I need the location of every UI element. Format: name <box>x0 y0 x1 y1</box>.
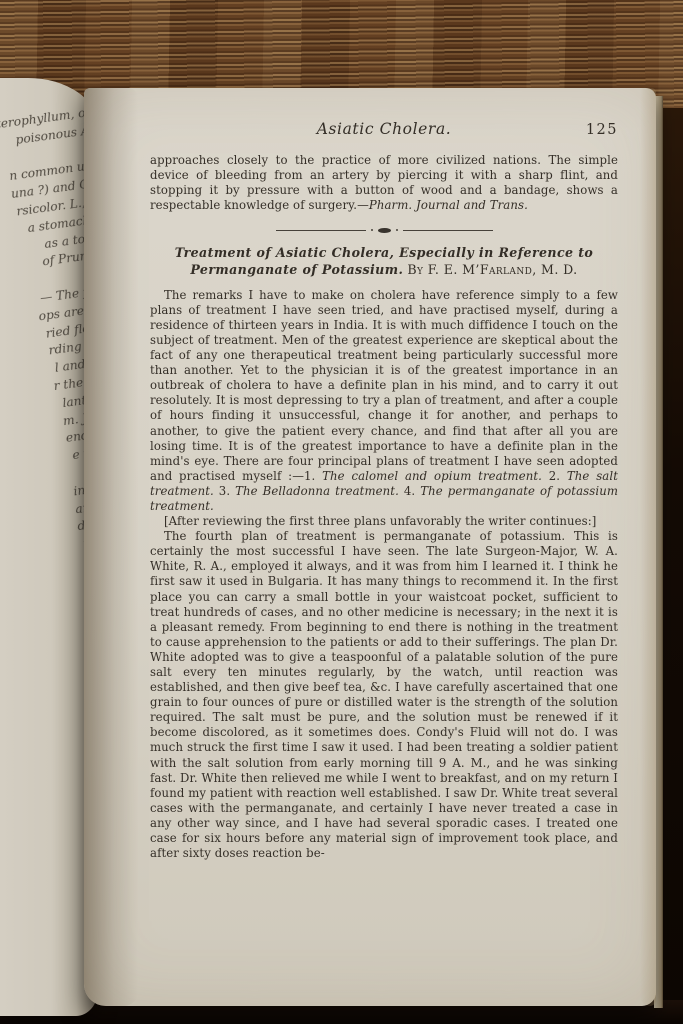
diamond-ornament-icon <box>378 228 391 233</box>
page-content: Asiatic Cholera. 125 approaches closely … <box>150 122 618 1000</box>
intro-paragraph: approaches closely to the practice of mo… <box>150 153 618 213</box>
running-head: Asiatic Cholera. 125 <box>150 122 618 138</box>
running-head-title: Asiatic Cholera. <box>317 122 452 138</box>
paragraph-remarks: The remarks I have to make on cholera ha… <box>150 288 618 514</box>
divider-rule <box>403 230 493 231</box>
divider-dot <box>396 229 398 231</box>
remarks-text: The remarks I have to make on cholera ha… <box>150 288 618 483</box>
citation: Pharm. Journal and Trans. <box>369 198 528 212</box>
right-page: Asiatic Cholera. 125 approaches closely … <box>84 88 656 1006</box>
treatment-3-belladonna: The Belladonna treatment. <box>235 484 399 498</box>
remarks-number-4: 4. <box>399 484 420 498</box>
article-heading: Treatment of Asiatic Cholera, Especially… <box>150 245 618 278</box>
bracket-note: [After reviewing the first three plans u… <box>150 514 618 529</box>
article-byline: By F. E. M’Farland, M. D. <box>407 262 577 277</box>
section-divider <box>150 226 618 234</box>
divider-dot <box>371 229 373 231</box>
treatment-1-calomel-opium: The calomel and opium treatment. <box>322 469 542 483</box>
paragraph-fourth-plan: The fourth plan of treatment is permanga… <box>150 529 618 861</box>
remarks-number-3: 3. <box>214 484 235 498</box>
remarks-number-2: 2. <box>542 469 567 483</box>
page-number: 125 <box>586 123 618 138</box>
photo-scene: terophyllum, or poisonous A. n common us… <box>0 0 683 1024</box>
divider-rule <box>276 230 366 231</box>
book-gutter-shadow <box>84 88 138 1006</box>
